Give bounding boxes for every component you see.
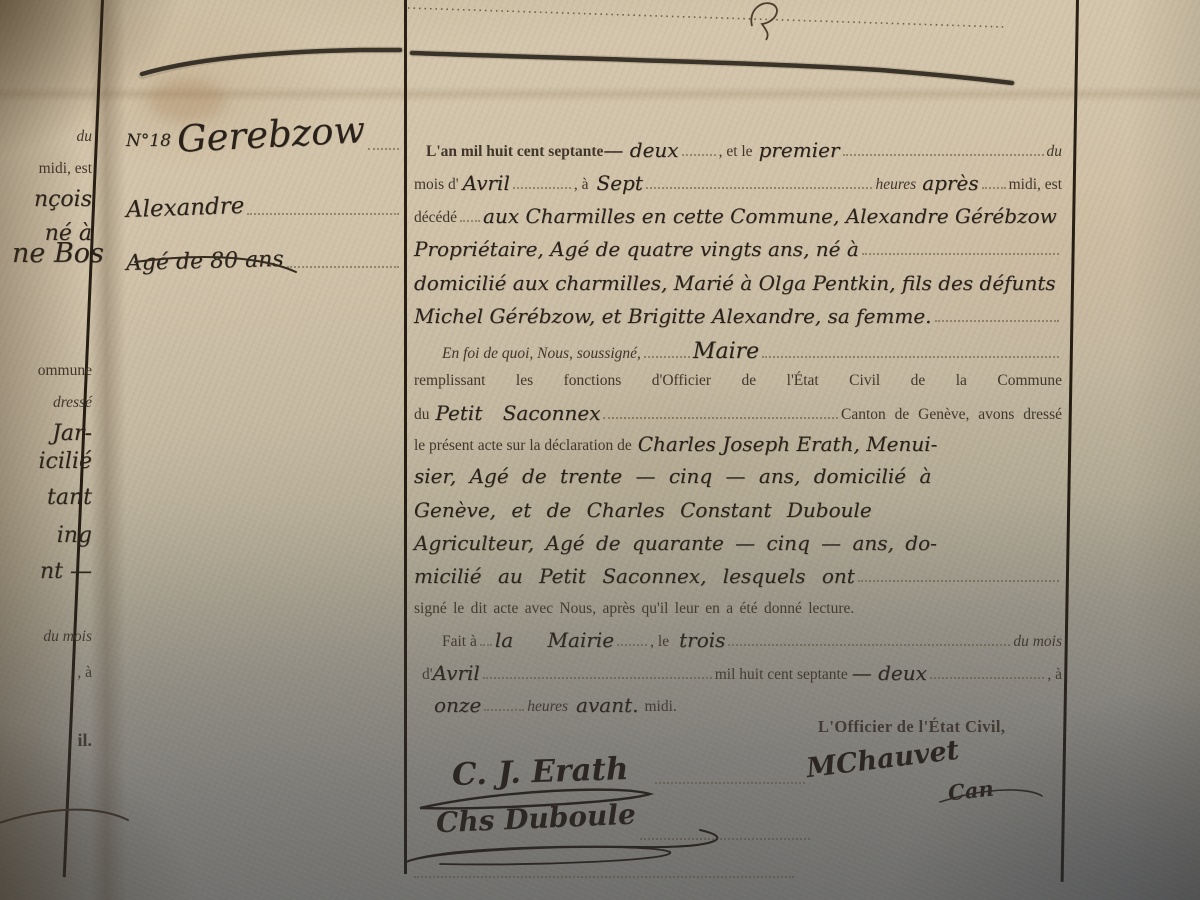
dotted-rule bbox=[655, 780, 805, 784]
form-text: , le bbox=[650, 633, 669, 651]
entry-declarant2: Genève, et de Charles Constant Duboule bbox=[414, 500, 872, 521]
entry-profession-age: Propriétaire, Agé de quatre vingts ans, … bbox=[414, 239, 859, 260]
dotted-rule bbox=[935, 318, 1059, 322]
dotted-rule bbox=[682, 152, 716, 156]
dotted-rule bbox=[368, 146, 399, 150]
entry-date-month: Avril bbox=[433, 663, 480, 684]
entry-date-year: — deux bbox=[852, 663, 927, 684]
dotted-rule bbox=[484, 707, 524, 711]
form-text: du bbox=[414, 406, 430, 424]
form-text: , et le bbox=[719, 143, 753, 161]
entry-time-hour: onze bbox=[434, 695, 481, 716]
entry-declarant1: Charles Joseph Erath, Menui- bbox=[638, 434, 938, 455]
act-line-2: mois d' Avril , à Sept heures après midi… bbox=[414, 173, 1062, 194]
prev-fragment: Jar- bbox=[52, 422, 92, 445]
previous-page-edge: du midi, est nçois né à ne Bos ommune dr… bbox=[0, 0, 97, 900]
prev-fragment: nçois bbox=[34, 188, 92, 211]
prev-fragment: dressé bbox=[53, 394, 92, 412]
dotted-rule bbox=[247, 211, 399, 215]
act-line-16: Fait à la Mairie , le trois du mois bbox=[414, 630, 1062, 651]
entry-declarant1-details: sier, Agé de trente — cinq — ans, domici… bbox=[414, 466, 931, 487]
prev-fragment: nt — bbox=[40, 560, 92, 583]
act-line-14: micilié au Petit Saconnex, lesquels ont bbox=[414, 566, 1062, 587]
entry-declarant2-domicile: micilié au Petit Saconnex, lesquels ont bbox=[414, 566, 855, 587]
form-text: remplissant les fonctions d'Officier de … bbox=[414, 372, 1062, 390]
entry-month: Avril bbox=[463, 173, 510, 194]
dotted-rule bbox=[483, 675, 712, 679]
prev-fragment: , à bbox=[77, 664, 92, 682]
act-line-3: décédé aux Charmilles en cette Commune, … bbox=[414, 206, 1062, 227]
form-text: Canton de Genève, avons dressé bbox=[841, 406, 1062, 424]
signature-officer-paraph: Can bbox=[947, 776, 995, 806]
prev-fragment: ing bbox=[57, 524, 92, 547]
dotted-rule bbox=[617, 642, 647, 646]
form-text: Fait à bbox=[442, 633, 477, 651]
entry-parents: Michel Gérébzow, et Brigitte Alexandre, … bbox=[414, 306, 932, 327]
form-text: midi. bbox=[644, 698, 676, 716]
form-text: heures bbox=[875, 176, 916, 194]
dotted-rule bbox=[862, 251, 1059, 255]
dotted-rule bbox=[480, 642, 492, 646]
form-text: , à bbox=[1047, 666, 1062, 684]
dotted-rule bbox=[728, 642, 1010, 646]
officer-title-line: L'Officier de l'État Civil, bbox=[818, 718, 1068, 737]
form-text: signé le dit acte avec Nous, après qu'il… bbox=[414, 600, 854, 618]
act-line-8: remplissant les fonctions d'Officier de … bbox=[414, 372, 1062, 390]
act-line-10: le présent acte sur la déclaration de Ch… bbox=[414, 434, 1062, 455]
entry-day: premier bbox=[759, 140, 840, 161]
prev-fragment: ommune bbox=[38, 362, 92, 380]
form-text: décédé bbox=[414, 209, 457, 227]
act-line-9: du Petit Saconnex Canton de Genève, avon… bbox=[414, 403, 1062, 424]
form-text: En foi de quoi, Nous, soussigné, bbox=[442, 345, 641, 363]
act-line-11: sier, Agé de trente — cinq — ans, domici… bbox=[414, 466, 1062, 487]
prev-fragment: ne Bos bbox=[12, 240, 104, 268]
entry-hour: Sept bbox=[597, 173, 643, 194]
deceased-age: Agé de 80 ans bbox=[126, 248, 284, 275]
form-text: du mois bbox=[1013, 633, 1062, 651]
margin-entry-age: Agé de 80 ans bbox=[126, 250, 402, 273]
dotted-rule bbox=[646, 185, 873, 189]
dotted-rule bbox=[930, 675, 1044, 679]
deceased-surname: Gerebzow bbox=[176, 111, 366, 160]
act-number: N°18 bbox=[126, 133, 171, 151]
dotted-rule bbox=[843, 152, 1044, 156]
entry-place-and-name: aux Charmilles en cette Commune, Alexand… bbox=[483, 206, 1057, 227]
prev-fragment: icilié bbox=[39, 450, 93, 473]
form-text: mois d' bbox=[414, 176, 459, 194]
dotted-rule bbox=[460, 218, 480, 222]
form-text: mil huit cent septante bbox=[715, 666, 848, 684]
margin-entry-name: N°18 Gerebzow bbox=[126, 116, 402, 155]
officer-title: L'Officier de l'État Civil, bbox=[818, 718, 1005, 737]
prev-fragment: midi, est bbox=[39, 160, 92, 178]
entry-domicile-spouse: domicilié aux charmilles, Marié à Olga P… bbox=[414, 273, 1056, 294]
prev-fragment: du bbox=[77, 128, 93, 146]
act-line-12: Genève, et de Charles Constant Duboule bbox=[414, 500, 1062, 521]
entry-officer-role: Maire bbox=[693, 340, 759, 363]
act-line-1: L'an mil huit cent septante — deux , et … bbox=[414, 140, 1062, 161]
dotted-rule bbox=[982, 185, 1006, 189]
form-text: le présent acte sur la déclaration de bbox=[414, 437, 632, 455]
act-line-15: signé le dit acte avec Nous, après qu'il… bbox=[414, 600, 1062, 618]
dotted-rule bbox=[513, 185, 571, 189]
dotted-rule bbox=[858, 578, 1059, 582]
dotted-rule bbox=[644, 354, 690, 358]
signature-declarant1: C. J. Erath bbox=[451, 751, 629, 793]
form-text: du bbox=[1047, 143, 1063, 161]
dotted-rule bbox=[640, 836, 810, 840]
deceased-firstname: Alexandre bbox=[126, 194, 245, 222]
prev-fragment: tant bbox=[47, 486, 92, 509]
entry-time-ampm: avant. bbox=[576, 695, 638, 716]
dotted-rule bbox=[603, 415, 838, 419]
entry-place-made: la Mairie bbox=[495, 630, 614, 651]
entry-date-day: trois bbox=[679, 630, 725, 651]
form-text: midi, est bbox=[1009, 176, 1062, 194]
register-photo: { "colors": { "paper_top": "#d4c6ac", "p… bbox=[0, 0, 1200, 900]
margin-column-rule bbox=[404, 0, 407, 874]
act-line-7: En foi de quoi, Nous, soussigné, Maire bbox=[414, 340, 1062, 363]
prev-fragment: du mois bbox=[43, 628, 92, 646]
margin-entry-firstname: Alexandre bbox=[126, 196, 402, 220]
act-line-6: Michel Gérébzow, et Brigitte Alexandre, … bbox=[414, 306, 1062, 327]
form-text: heures bbox=[527, 698, 568, 716]
act-line-17: d' Avril mil huit cent septante — deux ,… bbox=[414, 663, 1062, 684]
entry-ampm: après bbox=[922, 173, 978, 194]
dotted-rule bbox=[414, 874, 794, 878]
dotted-rule bbox=[287, 264, 399, 268]
entry-year: — deux bbox=[603, 140, 678, 161]
form-text: d' bbox=[422, 666, 433, 684]
dotted-rule bbox=[762, 354, 1059, 358]
entry-commune: Petit Saconnex bbox=[436, 403, 601, 424]
act-line-4: Propriétaire, Agé de quatre vingts ans, … bbox=[414, 239, 1062, 260]
entry-declarant2-details: Agriculteur, Agé de quarante — cinq — an… bbox=[414, 533, 937, 554]
act-line-13: Agriculteur, Agé de quarante — cinq — an… bbox=[414, 533, 1062, 554]
form-text: , à bbox=[574, 176, 589, 194]
act-line-18: onze heures avant. midi. bbox=[414, 695, 1062, 716]
act-line-5: domicilié aux charmilles, Marié à Olga P… bbox=[414, 273, 1062, 294]
form-text: L'an mil huit cent septante bbox=[426, 143, 603, 161]
prev-fragment: il. bbox=[77, 730, 92, 751]
